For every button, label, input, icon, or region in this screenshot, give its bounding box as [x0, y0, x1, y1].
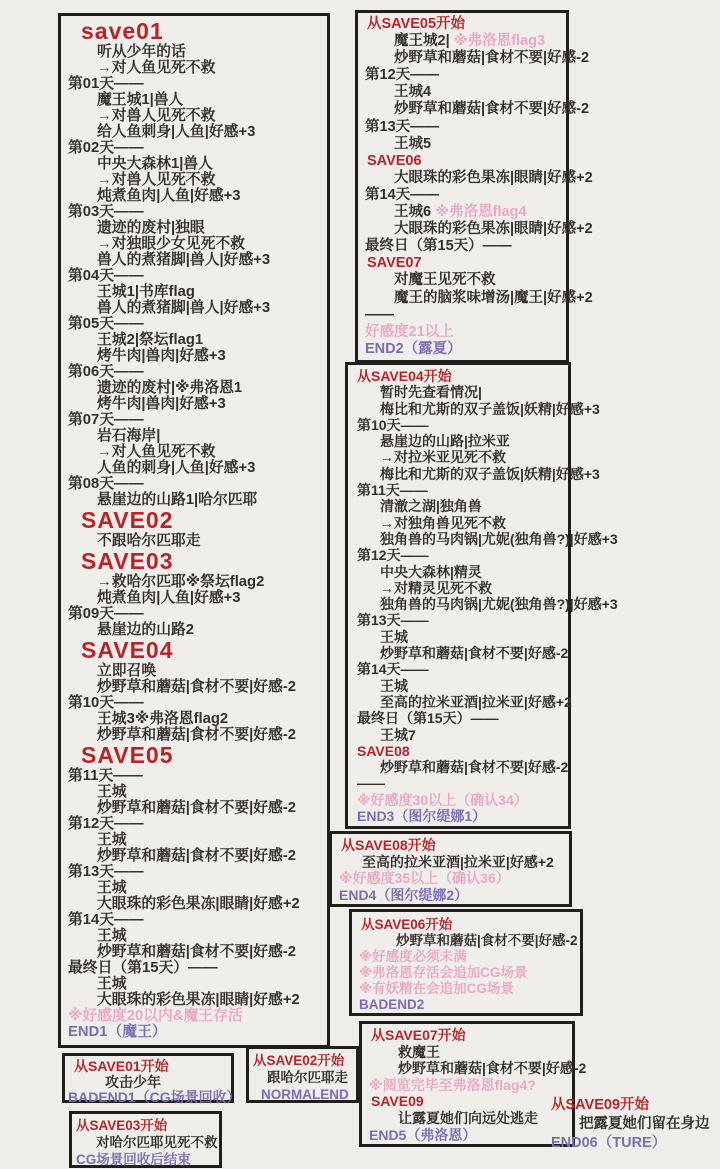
- line-text: SAVE09: [371, 1093, 424, 1109]
- guide-line: 炒野草和蘑菇|食材不要|好感-2: [61, 800, 327, 816]
- line-text: 王城: [380, 629, 408, 645]
- guide-line: 对哈尔匹耶见死不救: [72, 1134, 219, 1151]
- line-text: 王城4: [394, 84, 431, 100]
- line-text: 把露夏她们留在身边: [579, 1116, 710, 1132]
- line-text: 烤牛肉|兽肉|好感+3: [97, 348, 226, 364]
- guide-line: 从SAVE07开始: [362, 1027, 572, 1044]
- guide-line: 梅比和尤斯的双子盖饭|妖精|好感+3: [348, 466, 568, 482]
- guide-line: 第10天——: [348, 417, 568, 433]
- line-text: 魔王的脑浆味增汤|魔王|好感+2: [394, 290, 593, 306]
- guide-line: SAVE06: [358, 153, 566, 170]
- line-text: 遗迹的废村|※弗洛恩1: [97, 380, 242, 396]
- guide-line: 炒野草和蘑菇|食材不要|好感-2: [348, 645, 568, 661]
- line-text: 第07天——: [68, 412, 144, 428]
- guide-line: 第08天——: [61, 476, 327, 492]
- line-text: 炒野草和蘑菇|食材不要|好感-2: [97, 679, 296, 695]
- guide-line: 救魔王: [362, 1044, 572, 1061]
- line-text: END06（TURE）: [551, 1135, 666, 1151]
- line-text: →对拉米亚见死不救: [380, 449, 506, 465]
- guide-line: 王城: [61, 976, 327, 992]
- line-text: 王城: [380, 678, 408, 694]
- guide-line: 从SAVE06开始: [352, 917, 580, 933]
- line-text: 大眼珠的彩色果冻|眼睛|好感+2: [97, 896, 300, 912]
- guide-line: 第11天——: [61, 768, 327, 784]
- guide-line: 把露夏她们留在身边: [551, 1115, 720, 1134]
- line-text: 王城: [97, 880, 127, 896]
- line-text: 第08天——: [68, 476, 144, 492]
- guide-line: 从SAVE05开始: [358, 16, 566, 33]
- guide-line: 烤牛肉|兽肉|好感+3: [61, 348, 327, 364]
- line-text: 岩石海岸|: [97, 428, 160, 444]
- line-text: 炒野草和蘑菇|食材不要|好感-2: [398, 1060, 586, 1076]
- line-text: 最终日（第15天）——: [68, 960, 218, 976]
- guide-line: 第12天——: [348, 547, 568, 563]
- line-text: END5（弗洛恩）: [369, 1127, 476, 1143]
- guide-line: 王城: [348, 629, 568, 645]
- line-text: END4（图尔缇娜2）: [339, 887, 468, 903]
- guide-line: 炒野草和蘑菇|食材不要|好感-2: [358, 50, 566, 67]
- guide-line: 悬崖边的山路1|哈尔匹耶: [61, 492, 327, 508]
- guide-line: CG场景回收后结束: [72, 1151, 219, 1168]
- line-text: 悬崖边的山路1|哈尔匹耶: [97, 492, 257, 508]
- line-text: ※好感度30以上（确认34）: [357, 792, 528, 808]
- guide-line: 梅比和尤斯的双子盖饭|妖精|好感+3: [348, 401, 568, 417]
- line-text: 炒野草和蘑菇|食材不要|好感-2: [380, 645, 568, 661]
- guide-line: 清澈之湖|独角兽: [348, 498, 568, 514]
- save03-branch-box: 从SAVE03开始对哈尔匹耶见死不救CG场景回收后结束: [69, 1111, 222, 1168]
- line-text: 第01天——: [68, 76, 144, 92]
- guide-line: 至高的拉米亚酒|拉米亚|好感+2: [348, 694, 568, 710]
- line-text: →对独角兽见死不救: [380, 515, 506, 531]
- line-text: ※好感度20以内&魔王存活: [68, 1008, 243, 1024]
- line-text: 第09天——: [68, 606, 144, 622]
- guide-line: SAVE02: [61, 508, 327, 533]
- guide-line: SAVE09: [362, 1093, 572, 1110]
- line-text: 听从少年的话: [97, 44, 186, 60]
- line-text: 第14天——: [357, 661, 429, 677]
- save04-branch-box: 从SAVE04开始暂时先查看情况|梅比和尤斯的双子盖饭|妖精|好感+3第10天—…: [345, 362, 571, 829]
- guide-line: 悬崖边的山路2: [61, 622, 327, 638]
- save02-branch-box: 从SAVE02开始跟哈尔匹耶走NORMALEND: [246, 1046, 359, 1103]
- line-text: ※有妖精在会追加CG场景: [359, 981, 514, 996]
- line-text: 梅比和尤斯的双子盖饭|妖精|好感+3: [380, 466, 600, 482]
- line-text: 第02天——: [68, 140, 144, 156]
- line-text: 从SAVE04开始: [357, 368, 452, 384]
- line-text: 炒野草和蘑菇|食材不要|好感-2: [97, 944, 296, 960]
- guide-line: SAVE08: [348, 743, 568, 759]
- guide-line: 第12天——: [358, 67, 566, 84]
- line-text: 烤牛肉|兽肉|好感+3: [97, 396, 226, 412]
- line-text: 从SAVE03开始: [76, 1118, 167, 1133]
- line-text: ※阅览完毕至弗洛恩flag4?: [369, 1077, 536, 1093]
- guide-line: 第09天——: [61, 606, 327, 622]
- guide-line: 岩石海岸|: [61, 428, 327, 444]
- line-text: 炒野草和蘑菇|食材不要|好感-2: [394, 50, 589, 66]
- line-text: 第05天——: [68, 316, 144, 332]
- line-text: 悬崖边的山路2: [97, 622, 194, 638]
- line-text: 人鱼的刺身|人鱼|好感+3: [97, 460, 255, 476]
- guide-line: 第14天——: [348, 661, 568, 677]
- guide-line: 遗迹的废村|独眼: [61, 220, 327, 236]
- guide-line: 炒野草和蘑菇|食材不要|好感-2: [352, 933, 580, 949]
- guide-line: 听从少年的话: [61, 44, 327, 60]
- line-text: 王城: [97, 784, 127, 800]
- guide-line: 给人鱼刺身|人鱼|好感+3: [61, 124, 327, 140]
- guide-line: 第12天——: [61, 816, 327, 832]
- line-text: 王城2|祭坛flag1: [97, 332, 203, 348]
- guide-line: 第01天——: [61, 76, 327, 92]
- guide-line: 中央大森林|精灵: [348, 564, 568, 580]
- guide-line: 至高的拉米亚酒|拉米亚|好感+2: [332, 854, 569, 871]
- line-text: 王城7: [380, 727, 416, 743]
- guide-line: 从SAVE03开始: [72, 1117, 219, 1134]
- line-text: 第11天——: [68, 768, 143, 784]
- line-text: CG场景回收后结束: [76, 1152, 191, 1167]
- line-text: SAVE04: [81, 637, 174, 663]
- guide-line: 大眼珠的彩色果冻|眼睛|好感+2: [358, 170, 566, 187]
- guide-line: 炖煮鱼肉|人鱼|好感+3: [61, 590, 327, 606]
- guide-line: 跟哈尔匹耶走: [249, 1069, 356, 1086]
- line-text: END2（露夏）: [365, 341, 462, 357]
- guide-line: 独角兽的马肉锅|尤妮(独角兽?)|好感+3: [348, 531, 568, 547]
- line-text: 王城3※弗洛恩flag2: [97, 711, 228, 727]
- line-text: 第06天——: [68, 364, 144, 380]
- guide-line: 不跟哈尔匹耶走: [61, 533, 327, 549]
- line-text: 从SAVE01开始: [74, 1058, 169, 1074]
- guide-line: END06（TURE）: [551, 1134, 720, 1153]
- line-text: 悬崖边的山路|拉米亚: [380, 433, 510, 449]
- guide-line: →对独角兽见死不救: [348, 515, 568, 531]
- guide-line: 王城: [61, 784, 327, 800]
- line-text: 暂时先查看情况|: [380, 384, 482, 400]
- line-text: 清澈之湖|独角兽: [380, 498, 482, 514]
- line-text: 对魔王见死不救: [394, 272, 496, 288]
- guide-line: 魔王城1|兽人: [61, 92, 327, 108]
- line-text: 炖煮鱼肉|人鱼|好感+3: [97, 188, 241, 204]
- line-text: END3（图尔缇娜1）: [357, 808, 486, 824]
- guide-line: END3（图尔缇娜1）: [348, 808, 568, 824]
- guide-line: 炒野草和蘑菇|食材不要|好感-2: [358, 101, 566, 118]
- guide-line: 王城7: [348, 727, 568, 743]
- line-text: →对人鱼见死不救: [97, 444, 215, 460]
- line-text: 让露夏她们向远处逃走: [398, 1110, 538, 1126]
- guide-line: ※弗洛恩存活会追加CG场景: [352, 965, 580, 981]
- guide-line: ※好感度30以上（确认34）: [348, 792, 568, 808]
- line-text: 炒野草和蘑菇|食材不要|好感-2: [394, 101, 589, 117]
- guide-line: 炒野草和蘑菇|食材不要|好感-2: [61, 679, 327, 695]
- guide-line: 从SAVE08开始: [332, 837, 569, 854]
- guide-line: →对拉米亚见死不救: [348, 449, 568, 465]
- line-text: →救哈尔匹耶※祭坛flag2: [97, 574, 264, 590]
- guide-line: 第13天——: [358, 119, 566, 136]
- guide-line: 大眼珠的彩色果冻|眼睛|好感+2: [61, 992, 327, 1008]
- guide-line: END5（弗洛恩）: [362, 1127, 572, 1144]
- line-text: 第14天——: [68, 912, 144, 928]
- line-text: 第04天——: [68, 268, 144, 284]
- guide-line: 第10天——: [61, 695, 327, 711]
- line-text: →对独眼少女见死不救: [97, 236, 245, 252]
- line-text: 攻击少年: [105, 1074, 161, 1090]
- guide-line: 第13天——: [61, 864, 327, 880]
- line-text: SAVE05: [81, 742, 174, 768]
- guide-line: 王城5: [358, 136, 566, 153]
- guide-line: 第07天——: [61, 412, 327, 428]
- line-text: BADEND1（CG场景回收）: [68, 1089, 241, 1105]
- line-text: 独角兽的马肉锅|尤妮(独角兽?)|好感+3: [380, 596, 618, 612]
- guide-line: 兽人的煮猪脚|兽人|好感+3: [61, 300, 327, 316]
- guide-line: 独角兽的马肉锅|尤妮(独角兽?)|好感+3: [348, 596, 568, 612]
- line-text: →对精灵见死不救: [380, 580, 492, 596]
- guide-line: 王城4: [358, 84, 566, 101]
- guide-line: 好感度21以上: [358, 324, 566, 341]
- line-text: 炒野草和蘑菇|食材不要|好感-2: [97, 848, 296, 864]
- guide-line: 炒野草和蘑菇|食材不要|好感-2: [61, 944, 327, 960]
- line-text: 炖煮鱼肉|人鱼|好感+3: [97, 590, 241, 606]
- save07-branch-box: 从SAVE07开始救魔王炒野草和蘑菇|食材不要|好感-2※阅览完毕至弗洛恩fla…: [359, 1021, 575, 1147]
- guide-line: 王城2|祭坛flag1: [61, 332, 327, 348]
- guide-line: 王城: [61, 880, 327, 896]
- line-text: 魔王城2|: [394, 33, 450, 49]
- guide-line: 王城3※弗洛恩flag2: [61, 711, 327, 727]
- line-text: 最终日（第15天）——: [365, 238, 512, 254]
- guide-line: SAVE04: [61, 638, 327, 663]
- line-text: 跟哈尔匹耶走: [267, 1070, 348, 1085]
- guide-line: ——: [348, 775, 568, 791]
- guide-line: ※阅览完毕至弗洛恩flag4?: [362, 1077, 572, 1094]
- save06-branch-box: 从SAVE06开始炒野草和蘑菇|食材不要|好感-2※好感度必须未满※弗洛恩存活会…: [349, 909, 583, 1016]
- guide-line: ※好感度35以上（确认36）: [332, 870, 569, 887]
- line-text: 第13天——: [357, 612, 429, 628]
- guide-line: ※有妖精在会追加CG场景: [352, 981, 580, 997]
- guide-line: 让露夏她们向远处逃走: [362, 1110, 572, 1127]
- line-text: SAVE03: [81, 548, 174, 574]
- guide-line: SAVE03: [61, 549, 327, 574]
- guide-line: 炒野草和蘑菇|食材不要|好感-2: [61, 727, 327, 743]
- line-text: 第11天——: [357, 482, 428, 498]
- line-text: 第10天——: [68, 695, 144, 711]
- guide-line: 第03天——: [61, 204, 327, 220]
- line-text: 兽人的煮猪脚|兽人|好感+3: [97, 300, 270, 316]
- line-text: 从SAVE09开始: [551, 1097, 649, 1113]
- line-text: 第03天——: [68, 204, 144, 220]
- line-text: 对哈尔匹耶见死不救: [96, 1135, 218, 1150]
- guide-line: 大眼珠的彩色果冻|眼睛|好感+2: [358, 221, 566, 238]
- line-text: 中央大森林|精灵: [380, 564, 482, 580]
- guide-line: SAVE07: [358, 255, 566, 272]
- guide-line: 最终日（第15天）——: [358, 238, 566, 255]
- line-text: SAVE08: [357, 743, 410, 759]
- line-text: 梅比和尤斯的双子盖饭|妖精|好感+3: [380, 401, 600, 417]
- line-text: 王城: [97, 832, 127, 848]
- guide-line: 最终日（第15天）——: [61, 960, 327, 976]
- guide-line: 攻击少年: [65, 1075, 231, 1091]
- guide-line: →对人鱼见死不救: [61, 60, 327, 76]
- line-text: 第13天——: [68, 864, 144, 880]
- guide-line: 第02天——: [61, 140, 327, 156]
- guide-line: ——: [358, 307, 566, 324]
- guide-line: 王城1|书库flag: [61, 284, 327, 300]
- guide-line: 炒野草和蘑菇|食材不要|好感-2: [61, 848, 327, 864]
- guide-line: 第11天——: [348, 482, 568, 498]
- guide-line: 第14天——: [61, 912, 327, 928]
- guide-line: →对精灵见死不救: [348, 580, 568, 596]
- line-note: ※弗洛恩flag4: [435, 204, 526, 220]
- guide-line: NORMALEND: [249, 1086, 356, 1103]
- line-text: 从SAVE02开始: [253, 1053, 344, 1068]
- guide-line: 第13天——: [348, 612, 568, 628]
- line-text: ※弗洛恩存活会追加CG场景: [359, 965, 527, 980]
- line-text: →对兽人见死不救: [97, 108, 215, 124]
- guide-line: BADEND2: [352, 997, 580, 1013]
- line-text: 炒野草和蘑菇|食材不要|好感-2: [97, 800, 296, 816]
- line-text: BADEND2: [359, 997, 424, 1012]
- line-text: 王城: [97, 928, 127, 944]
- line-text: 救魔王: [398, 1044, 440, 1060]
- guide-line: 炒野草和蘑菇|食材不要|好感-2: [348, 759, 568, 775]
- guide-line: END2（露夏）: [358, 341, 566, 358]
- save05-branch-box: 从SAVE05开始魔王城2|※弗洛恩flag3炒野草和蘑菇|食材不要|好感-2第…: [355, 10, 569, 363]
- line-text: 大眼珠的彩色果冻|眼睛|好感+2: [97, 992, 300, 1008]
- guide-line: →救哈尔匹耶※祭坛flag2: [61, 574, 327, 590]
- guide-line: 从SAVE09开始: [551, 1096, 720, 1115]
- guide-line: 兽人的煮猪脚|兽人|好感+3: [61, 252, 327, 268]
- line-text: 中央大森林1|兽人: [97, 156, 213, 172]
- guide-line: END4（图尔缇娜2）: [332, 887, 569, 904]
- guide-line: SAVE05: [61, 743, 327, 768]
- line-text: 至高的拉米亚酒|拉米亚|好感+2: [380, 694, 572, 710]
- guide-line: 中央大森林1|兽人: [61, 156, 327, 172]
- line-text: 第12天——: [365, 67, 439, 83]
- line-text: 王城: [97, 976, 127, 992]
- guide-line: 王城: [61, 928, 327, 944]
- save09-branch-block: 从SAVE09开始把露夏她们留在身边END06（TURE）: [551, 1096, 720, 1153]
- guide-line: 人鱼的刺身|人鱼|好感+3: [61, 460, 327, 476]
- line-text: →对人鱼见死不救: [97, 60, 215, 76]
- guide-line: BADEND1（CG场景回收）: [65, 1090, 231, 1106]
- line-text: 最终日（第15天）——: [357, 710, 499, 726]
- line-text: 好感度21以上: [365, 324, 454, 340]
- line-text: 王城6: [394, 204, 431, 220]
- line-text: 炒野草和蘑菇|食材不要|好感-2: [380, 759, 568, 775]
- line-text: 从SAVE05开始: [367, 16, 465, 32]
- line-text: 第14天——: [365, 187, 439, 203]
- guide-line: 悬崖边的山路|拉米亚: [348, 433, 568, 449]
- line-text: END1（魔王）: [68, 1024, 167, 1040]
- line-text: SAVE02: [81, 507, 174, 533]
- line-text: SAVE07: [367, 255, 422, 271]
- line-text: 炒野草和蘑菇|食材不要|好感-2: [396, 933, 578, 948]
- line-text: 大眼珠的彩色果冻|眼睛|好感+2: [394, 221, 593, 237]
- guide-line: 炒野草和蘑菇|食材不要|好感-2: [362, 1060, 572, 1077]
- line-text: 第13天——: [365, 119, 439, 135]
- line-text: 大眼珠的彩色果冻|眼睛|好感+2: [394, 170, 593, 186]
- line-text: ※好感度35以上（确认36）: [339, 870, 510, 886]
- guide-line: 王城6※弗洛恩flag4: [358, 204, 566, 221]
- guide-line: 从SAVE04开始: [348, 368, 568, 384]
- save08-branch-box: 从SAVE08开始至高的拉米亚酒|拉米亚|好感+2※好感度35以上（确认36）E…: [329, 831, 572, 907]
- line-text: 兽人的煮猪脚|兽人|好感+3: [97, 252, 270, 268]
- line-text: 从SAVE08开始: [341, 837, 436, 853]
- guide-line: 从SAVE02开始: [249, 1052, 356, 1069]
- guide-line: 第06天——: [61, 364, 327, 380]
- line-text: 立即召唤: [97, 663, 156, 679]
- line-text: save01: [81, 18, 164, 44]
- line-text: ——: [357, 775, 385, 791]
- guide-line: 第05天——: [61, 316, 327, 332]
- guide-line: →对独眼少女见死不救: [61, 236, 327, 252]
- line-text: 从SAVE07开始: [371, 1027, 466, 1043]
- guide-line: 最终日（第15天）——: [348, 710, 568, 726]
- guide-line: 遗迹的废村|※弗洛恩1: [61, 380, 327, 396]
- line-text: 炒野草和蘑菇|食材不要|好感-2: [97, 727, 296, 743]
- guide-line: 王城: [348, 678, 568, 694]
- line-text: 至高的拉米亚酒|拉米亚|好感+2: [362, 854, 554, 870]
- line-text: →对兽人见死不救: [97, 172, 215, 188]
- guide-line: ※好感度必须未满: [352, 949, 580, 965]
- guide-line: →对兽人见死不救: [61, 108, 327, 124]
- guide-line: 魔王城2|※弗洛恩flag3: [358, 33, 566, 50]
- line-text: NORMALEND: [261, 1087, 349, 1102]
- guide-line: 从SAVE01开始: [65, 1059, 231, 1075]
- line-text: 从SAVE06开始: [361, 917, 452, 932]
- guide-line: 魔王的脑浆味增汤|魔王|好感+2: [358, 290, 566, 307]
- guide-line: 对魔王见死不救: [358, 272, 566, 289]
- guide-line: 立即召唤: [61, 663, 327, 679]
- line-text: 不跟哈尔匹耶走: [97, 533, 201, 549]
- line-text: 第12天——: [68, 816, 144, 832]
- line-text: 第10天——: [357, 417, 429, 433]
- save01-branch-box: 从SAVE01开始攻击少年BADEND1（CG场景回收）: [62, 1053, 234, 1103]
- guide-line: save01: [61, 19, 327, 44]
- guide-line: 第04天——: [61, 268, 327, 284]
- guide-line: 第14天——: [358, 187, 566, 204]
- line-text: 魔王城1|兽人: [97, 92, 183, 108]
- guide-line: 暂时先查看情况|: [348, 384, 568, 400]
- line-note: ※弗洛恩flag3: [454, 33, 545, 49]
- guide-line: 烤牛肉|兽肉|好感+3: [61, 396, 327, 412]
- guide-line: →对人鱼见死不救: [61, 444, 327, 460]
- line-text: 给人鱼刺身|人鱼|好感+3: [97, 124, 255, 140]
- walkthrough-flowchart: { "title": "游戏攻略流程图（SAVE/END分支表）", "colo…: [0, 0, 720, 1169]
- line-text: 王城1|书库flag: [97, 284, 195, 300]
- line-text: 独角兽的马肉锅|尤妮(独角兽?)|好感+3: [380, 531, 618, 547]
- line-text: ※好感度必须未满: [359, 949, 467, 964]
- guide-line: 王城: [61, 832, 327, 848]
- guide-line: END1（魔王）: [61, 1024, 327, 1040]
- main-route-box: save01听从少年的话→对人鱼见死不救第01天——魔王城1|兽人→对兽人见死不…: [58, 13, 330, 1048]
- line-text: 遗迹的废村|独眼: [97, 220, 205, 236]
- line-text: ——: [365, 307, 394, 323]
- line-text: 王城5: [394, 136, 431, 152]
- guide-line: ※好感度20以内&魔王存活: [61, 1008, 327, 1024]
- guide-line: 大眼珠的彩色果冻|眼睛|好感+2: [61, 896, 327, 912]
- line-text: 第12天——: [357, 547, 429, 563]
- line-text: SAVE06: [367, 153, 422, 169]
- guide-line: 炖煮鱼肉|人鱼|好感+3: [61, 188, 327, 204]
- guide-line: →对兽人见死不救: [61, 172, 327, 188]
